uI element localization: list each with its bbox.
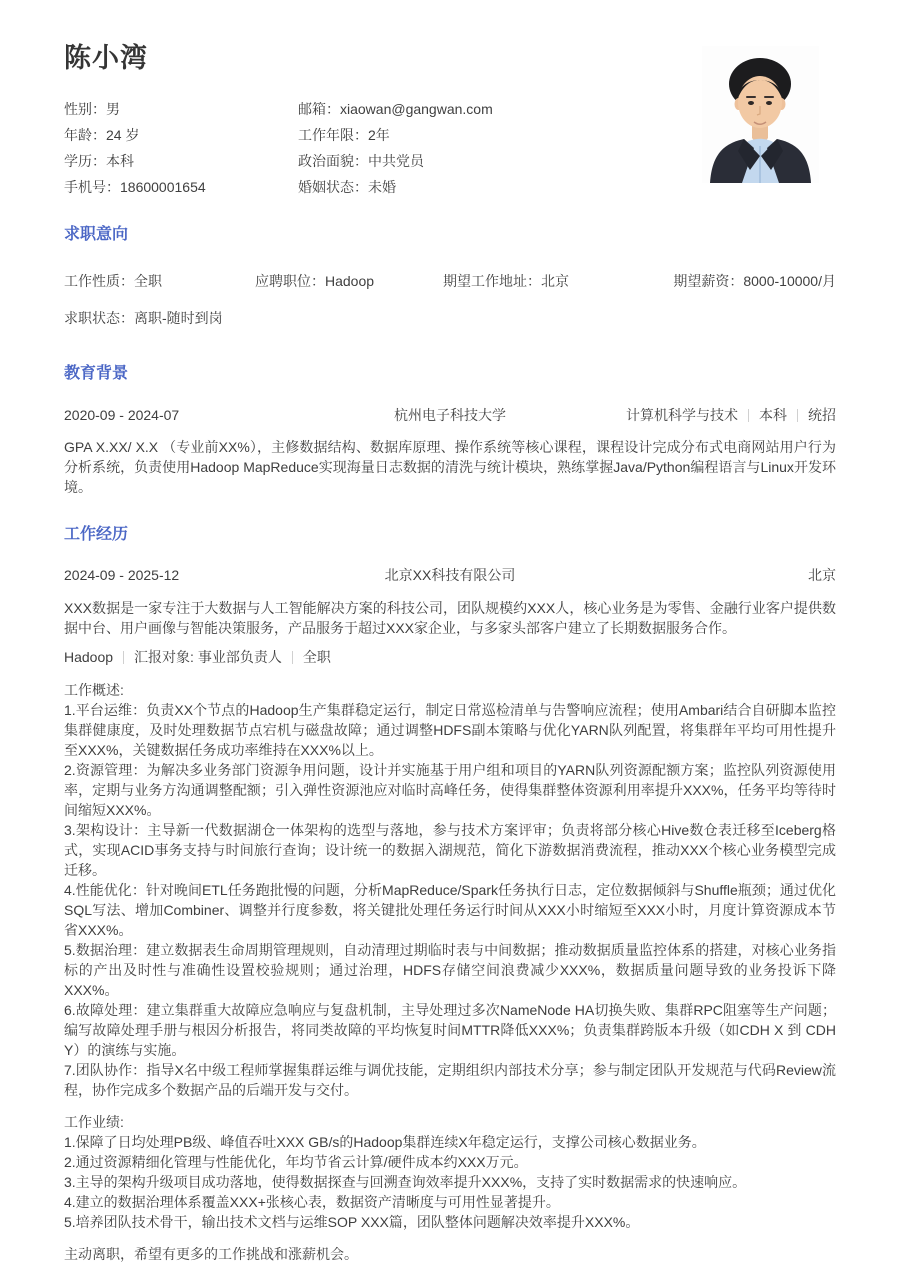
field-label: 政治面貌：	[298, 153, 368, 169]
education-major: 计算机科学与技术	[626, 406, 738, 424]
position-row: Hadoop 汇报对象: 事业部负责人 全职	[64, 648, 836, 666]
field-value: 北京	[541, 273, 569, 289]
field-label: 应聘职位：	[255, 273, 325, 289]
portrait-photo-image	[702, 46, 819, 183]
education-detail: 计算机科学与技术 本科 统招	[586, 406, 836, 424]
field-label: 期望工作地址：	[443, 273, 541, 289]
overview-item: 3.架构设计：主导新一代数据湖仓一体架构的选型与落地，参与技术方案评审；负责将部…	[64, 820, 836, 880]
field-value: 24 岁	[106, 127, 139, 143]
achievement-item: 2.通过资源精细化管理与性能优化，年均节省云计算/硬件成本约XXX万元。	[64, 1152, 836, 1172]
education-title: 教育背景	[64, 365, 836, 383]
section-job-intention: 求职意向 工作性质：全职 应聘职位：Hadoop 期望工作地址：北京 期望薪资：…	[64, 226, 836, 327]
education-degree: 本科	[759, 406, 787, 424]
field-value: Hadoop	[325, 273, 374, 289]
field-value: 本科	[106, 153, 134, 169]
field-value: 未婚	[368, 179, 396, 195]
achievement-item: 4.建立的数据治理体系覆盖XXX+张核心表，数据资产清晰度与可用性显著提升。	[64, 1192, 836, 1212]
work-title: 工作经历	[64, 526, 836, 544]
work-location: 北京	[586, 566, 836, 584]
job-intention-title: 求职意向	[64, 226, 836, 244]
field-label: 手机号：	[64, 179, 120, 195]
overview-item: 7.团队协作：指导X名中级工程师掌握集群运维与调优技能，定期组织内部技术分享；参…	[64, 1060, 836, 1100]
overview-item: 4.性能优化：针对晚间ETL任务跑批慢的问题，分析MapReduce/Spark…	[64, 880, 836, 940]
field-value: 2年	[368, 127, 390, 143]
company-intro: XXX数据是一家专注于大数据与人工智能解决方案的科技公司，团队规模约XXX人，核…	[64, 598, 836, 638]
work-overview-heading: 工作概述:	[64, 680, 836, 700]
achievement-item: 1.保障了日均处理PB级、峰值吞吐XXX GB/s的Hadoop集群连续X年稳定…	[64, 1132, 836, 1152]
education-description: GPA X.XX/ X.X （专业前XX%），主修数据结构、数据库原理、操作系统…	[64, 437, 836, 497]
work-period: 2024-09 - 2025-12	[64, 566, 314, 584]
basic-info-left-column: 性别：男 年龄：24 岁 学历：本科 手机号：18600001654	[64, 96, 298, 200]
field-value: 18600001654	[120, 179, 206, 195]
report-to: 汇报对象: 事业部负责人	[134, 648, 282, 666]
work-company: 北京XX科技有限公司	[314, 566, 586, 584]
overview-item: 2.资源管理：为解决多业务部门资源争用问题，设计并实施基于用户组和项目的YARN…	[64, 760, 836, 820]
work-location-text: 北京	[808, 566, 836, 584]
work-achievements: 工作业绩: 1.保障了日均处理PB级、峰值吞吐XXX GB/s的Hadoop集群…	[64, 1112, 836, 1232]
divider	[748, 409, 749, 422]
field-label: 求职状态：	[64, 310, 134, 326]
education-enrollment: 统招	[808, 406, 836, 424]
field-label: 工作年限：	[298, 127, 368, 143]
employment-type: 全职	[303, 648, 331, 666]
section-work-experience: 工作经历 2024-09 - 2025-12 北京XX科技有限公司 北京 XXX…	[64, 526, 836, 1264]
job-nature-field: 工作性质：全职	[64, 272, 255, 290]
field-value: 全职	[134, 273, 162, 289]
field-label: 年龄：	[64, 127, 106, 143]
education-period: 2020-09 - 2024-07	[64, 406, 314, 424]
field-value: 男	[106, 101, 120, 117]
info-field-age: 年龄：24 岁	[64, 122, 298, 148]
leave-reason: 主动离职，希望有更多的工作挑战和涨薪机会。	[64, 1244, 836, 1264]
achievement-item: 3.主导的架构升级项目成功落地，使得数据探查与回溯查询效率提升XXX%，支持了实…	[64, 1172, 836, 1192]
section-education: 教育背景 2020-09 - 2024-07 杭州电子科技大学 计算机科学与技术…	[64, 365, 836, 497]
field-label: 工作性质：	[64, 273, 134, 289]
profile-photo	[702, 46, 819, 183]
overview-item: 1.平台运维：负责XX个节点的Hadoop生产集群稳定运行，制定日常巡检清单与告…	[64, 700, 836, 760]
job-status-field: 求职状态：离职-随时到岗	[64, 309, 836, 327]
field-value: 离职-随时到岗	[134, 310, 223, 326]
education-meta-row: 2020-09 - 2024-07 杭州电子科技大学 计算机科学与技术 本科 统…	[64, 406, 836, 424]
field-value: 中共党员	[368, 153, 424, 169]
divider	[123, 651, 124, 664]
education-school: 杭州电子科技大学	[314, 406, 586, 424]
divider	[292, 651, 293, 664]
info-field-education: 学历：本科	[64, 148, 298, 174]
work-achievements-heading: 工作业绩:	[64, 1112, 836, 1132]
work-overview: 工作概述: 1.平台运维：负责XX个节点的Hadoop生产集群稳定运行，制定日常…	[64, 680, 836, 1100]
expected-location-field: 期望工作地址：北京	[443, 272, 660, 290]
field-label: 邮箱：	[298, 101, 340, 117]
field-label: 婚姻状态：	[298, 179, 368, 195]
achievement-item: 5.培养团队技术骨干，输出技术文档与运维SOP XXX篇，团队整体问题解决效率提…	[64, 1212, 836, 1232]
overview-item: 5.数据治理：建立数据表生命周期管理规则，自动清理过期临时表与中间数据；推动数据…	[64, 940, 836, 1000]
info-field-phone: 手机号：18600001654	[64, 174, 298, 200]
field-value: 8000-10000/月	[743, 273, 836, 289]
resume-header: 陈小湾 性别：男 年龄：24 岁 学历：本科 手机号：18600001654 邮…	[64, 42, 836, 200]
position-name: Hadoop	[64, 648, 113, 666]
expected-salary-field: 期望薪资：8000-10000/月	[660, 272, 836, 290]
divider	[797, 409, 798, 422]
field-label: 性别：	[64, 101, 106, 117]
resume-page: 陈小湾 性别：男 年龄：24 岁 学历：本科 手机号：18600001654 邮…	[0, 0, 900, 1275]
job-intention-row: 工作性质：全职 应聘职位：Hadoop 期望工作地址：北京 期望薪资：8000-…	[64, 272, 836, 290]
applied-position-field: 应聘职位：Hadoop	[255, 272, 443, 290]
overview-item: 6.故障处理：建立集群重大故障应急响应与复盘机制，主导处理过多次NameNode…	[64, 1000, 836, 1060]
field-label: 学历：	[64, 153, 106, 169]
info-field-gender: 性别：男	[64, 96, 298, 122]
work-meta-row: 2024-09 - 2025-12 北京XX科技有限公司 北京	[64, 566, 836, 584]
field-value: xiaowan@gangwan.com	[340, 101, 493, 117]
field-label: 期望薪资：	[673, 273, 743, 289]
